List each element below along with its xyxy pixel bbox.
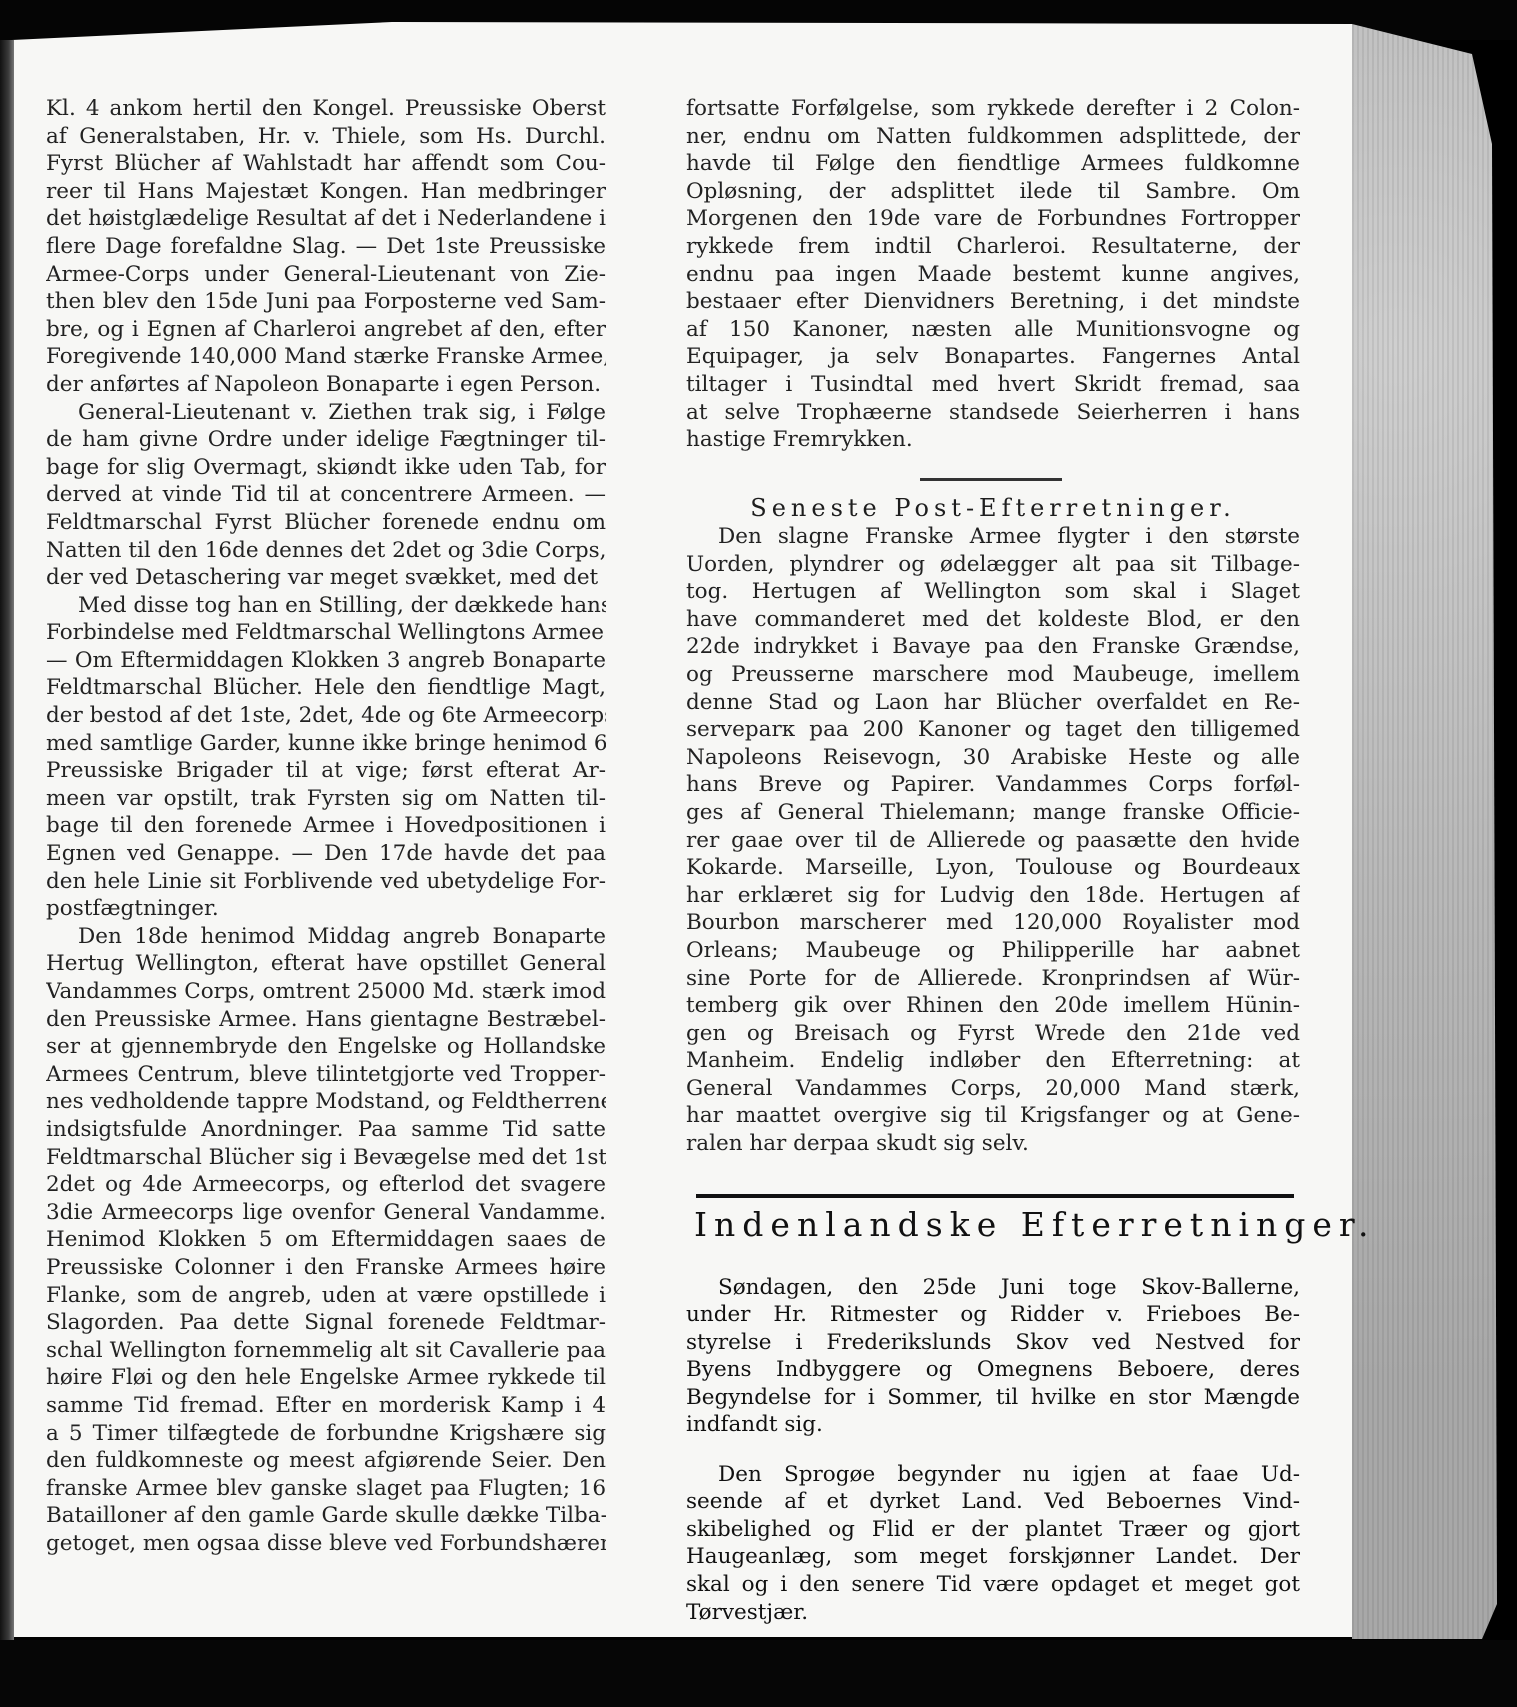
section-divider <box>920 478 1062 481</box>
heading-domestic-news: Indenlandske Efterretninger. <box>694 1205 1300 1244</box>
text-line: Armees Centrum, bleve tilintetgjorte ved… <box>46 1061 606 1089</box>
text-line: Opløsning, der adsplittet ilede til Samb… <box>686 178 1300 206</box>
text-line: 22de indrykket i Bavaye paa den Franske … <box>686 633 1300 661</box>
text-line: tog. Hertugen af Wellington som skal i S… <box>686 578 1300 606</box>
text-line: have commanderet med det koldeste Blod, … <box>686 606 1300 634</box>
text-line: Den Sprogøe begynder nu igjen at faae Ud… <box>686 1461 1300 1489</box>
text-line: Feldtmarschal Blücher sig i Bevægelse me… <box>46 1144 606 1172</box>
text-line: af Generalstaben, Hr. v. Thiele, som Hs.… <box>46 123 606 151</box>
text-line: Natten til den 16de dennes det 2det og 3… <box>46 537 606 565</box>
text-line: Haugeanlæg, som meget forskjønner Landet… <box>686 1543 1300 1571</box>
text-line: reer til Hans Majestæt Kongen. Han medbr… <box>46 178 606 206</box>
text-line: rer gaae over til de Allierede og paasæt… <box>686 827 1300 855</box>
text-line: Equipager, ja selv Bonapartes. Fangernes… <box>686 343 1300 371</box>
text-line: den hele Linie sit Forblivende ved ubety… <box>46 868 606 896</box>
latest-post-news-body: Den slagne Franske Armee flygter i den s… <box>686 523 1300 1158</box>
domestic-news-body: Søndagen, den 25de Juni toge Skov-Baller… <box>686 1252 1300 1648</box>
text-line: Kokarde. Marseille, Lyon, Toulouse og Bo… <box>686 854 1300 882</box>
text-line: Feldtmarschal Blücher. Hele den fiendtli… <box>46 674 606 702</box>
text-line: tiltager i Tusindtal med hvert Skridt fr… <box>686 371 1300 399</box>
text-line: Egnen ved Genappe. — Den 17de havde det … <box>46 840 606 868</box>
text-line: Vandammes Corps, omtrent 25000 Md. stærk… <box>46 978 606 1006</box>
text-line: de ham givne Ordre under idelige Fægtnin… <box>46 426 606 454</box>
text-line: serveparк paa 200 Kanoner og taget den t… <box>686 716 1300 744</box>
text-line: Fyrst Blücher af Wahlstadt har affendt s… <box>46 150 606 178</box>
text-line: 2det og 4de Armeecorps, og efterlod det … <box>46 1171 606 1199</box>
text-line: Hertug Wellington, efterat have opstille… <box>46 950 606 978</box>
text-line: ralen har derpaa skudt sig selv. <box>686 1130 1300 1158</box>
text-line: samme Tid fremad. Efter en morderisk Kam… <box>46 1392 606 1420</box>
text-line: ges af General Thielemann; mange franske… <box>686 799 1300 827</box>
text-line: Byens Indbyggere og Omegnens Beboere, de… <box>686 1356 1300 1384</box>
text-line: Foregivende 140,000 Mand stærke Franske … <box>46 343 606 371</box>
text-line: og Preusserne marschere mod Maubeuge, im… <box>686 661 1300 689</box>
text-line: Morgenen den 19de vare de Forbundnes For… <box>686 205 1300 233</box>
text-line: seende af et dyrket Land. Ved Beboernes … <box>686 1488 1300 1516</box>
text-line: indfandt sig. <box>686 1411 1300 1439</box>
text-line: havde til Følge den fiendtlige Armees fu… <box>686 150 1300 178</box>
text-line: Armee-Corps under General-Lieutenant von… <box>46 261 606 289</box>
text-line: Slagorden. Paa dette Signal forenede Fel… <box>46 1309 606 1337</box>
book-fore-edge <box>1352 24 1497 1639</box>
left-column: Kl. 4 ankom hertil den Kongel. Preussisk… <box>46 95 606 1557</box>
text-line: skal og i den senere Tid være opdaget et… <box>686 1571 1300 1599</box>
text-line: General-Lieutenant v. Ziethen trak sig, … <box>46 399 606 427</box>
text-line: Med disse tog han en Stilling, der dække… <box>46 592 606 620</box>
text-line: endnu paa ingen Maade bestemt kunne angi… <box>686 261 1300 289</box>
text-line: hastige Fremrykken. <box>686 426 1300 454</box>
paragraph: General-Lieutenant v. Ziethen trak sig, … <box>46 399 606 592</box>
text-line: har erklæret sig for Ludvig den 18de. He… <box>686 882 1300 910</box>
text-line: indsigtsfulde Anordninger. Paa samme Tid… <box>46 1116 606 1144</box>
text-line: Den slagne Franske Armee flygter i den s… <box>686 523 1300 551</box>
text-line: der bestod af det 1ste, 2det, 4de og 6te… <box>46 702 606 730</box>
text-line: flere Dage forefaldne Slag. — Det 1ste P… <box>46 233 606 261</box>
text-line: bestaaer efter Dienvidners Beretning, i … <box>686 288 1300 316</box>
text-line: Feldtmarschal Fyrst Blücher forenede end… <box>46 509 606 537</box>
text-line: ser at gjennembryde den Engelske og Holl… <box>46 1033 606 1061</box>
text-line: Preussiske Colonner i den Franske Armees… <box>46 1254 606 1282</box>
text-line: sine Porte for de Allierede. Kronprindse… <box>686 965 1300 993</box>
text-line: — Om Eftermiddagen Klokken 3 angreb Bona… <box>46 647 606 675</box>
text-line: Kl. 4 ankom hertil den Kongel. Preussisk… <box>46 95 606 123</box>
text-line: Søndagen, den 25de Juni toge Skov-Baller… <box>686 1274 1300 1302</box>
text-line: Flanke, som de angreb, uden at være opst… <box>46 1282 606 1310</box>
text-line: getoget, men ogsaa disse bleve ved Forbu… <box>46 1530 606 1558</box>
text-line: den fuldkomneste og meest afgiørende Sei… <box>46 1447 606 1475</box>
text-line: Begyndelse for i Sommer, til hvilke en s… <box>686 1384 1300 1412</box>
text-line: Napoleons Reisevogn, 30 Arabiske Heste o… <box>686 744 1300 772</box>
text-line: postfægtninger. <box>46 895 606 923</box>
paragraph: Kl. 4 ankom hertil den Kongel. Preussisk… <box>46 95 606 399</box>
text-line: Den 18de henimod Middag angreb Bonaparte <box>46 923 606 951</box>
text-line: temberg gik over Rhinen den 20de imellem… <box>686 992 1300 1020</box>
text-line: Bourbon marscherer med 120,000 Royaliste… <box>686 909 1300 937</box>
page-binding-edge <box>0 40 14 1640</box>
text-line: der anførtes af Napoleon Bonaparte i ege… <box>46 371 606 399</box>
text-line: meen var opstilt, trak Fyrsten sig om Na… <box>46 785 606 813</box>
text-line: har maattet overgive sig til Krigsfanger… <box>686 1102 1300 1130</box>
text-line: den Preussiske Armee. Hans gientagne Bes… <box>46 1006 606 1034</box>
text-line: Tørvestjær. <box>686 1599 1300 1627</box>
text-line: Uorden, plyndrer og ødelægger alt paa si… <box>686 551 1300 579</box>
text-line: derved at vinde Tid til at concentrere A… <box>46 481 606 509</box>
paragraph: Den 18de henimod Middag angreb Bonaparte… <box>46 923 606 1558</box>
text-line: høire Fløi og den hele Engelske Armee ry… <box>46 1364 606 1392</box>
right-column-continuation: fortsatte Forfølgelse, som rykkede deref… <box>686 95 1300 454</box>
text-line: Forbindelse med Feldtmarschal Wellington… <box>46 619 606 647</box>
text-line: denne Stad og Laon har Blücher overfalde… <box>686 689 1300 717</box>
text-line: ner, endnu om Natten fuldkommen adsplitt… <box>686 123 1300 151</box>
text-line: styrelse i Frederikslunds Skov ved Nestv… <box>686 1329 1300 1357</box>
text-line: schal Wellington fornemmelig alt sit Cav… <box>46 1337 606 1365</box>
paragraph: Den Sprogøe begynder nu igjen at faae Ud… <box>686 1461 1300 1627</box>
text-line: der ved Detaschering var meget svækket, … <box>46 564 606 592</box>
text-line: af 150 Kanoner, næsten alle Munitionsvog… <box>686 316 1300 344</box>
text-line: General Vandammes Corps, 20,000 Mand stæ… <box>686 1075 1300 1103</box>
text-line: Bataillonеr af den gamle Garde skulle dæ… <box>46 1502 606 1530</box>
text-line: under Hr. Ritmester og Ridder v. Frieboe… <box>686 1301 1300 1329</box>
text-line: bage til den forenede Armee i Hovedposit… <box>46 812 606 840</box>
text-line: rykkede frem indtil Charleroi. Resultate… <box>686 233 1300 261</box>
text-line: then blev den 15de Juni paa Forposterne … <box>46 288 606 316</box>
section-rule <box>696 1194 1294 1198</box>
text-line: Preussiske Brigader til at vige; først e… <box>46 757 606 785</box>
text-line: fortsatte Forfølgelse, som rykkede deref… <box>686 95 1300 123</box>
text-line: med samtlige Garder, kunne ikke bringe h… <box>46 730 606 758</box>
text-line: skibelighed og Flid er der plantet Træer… <box>686 1516 1300 1544</box>
text-line: a 5 Timer tilfægtede de forbundne Krigsh… <box>46 1420 606 1448</box>
paragraph: Med disse tog han en Stilling, der dække… <box>46 592 606 923</box>
scan-bottom-border <box>0 1640 1517 1707</box>
text-line: franske Armee blev ganske slaget paa Flu… <box>46 1475 606 1503</box>
text-line: Henimod Klokken 5 om Eftermiddagen saaes… <box>46 1226 606 1254</box>
text-line: nes vedholdende tappre Modstand, og Feld… <box>46 1088 606 1116</box>
text-line: bre, og i Egnen af Charleroi angrebet af… <box>46 316 606 344</box>
paragraph: Søndagen, den 25de Juni toge Skov-Baller… <box>686 1274 1300 1440</box>
text-line: gen og Breisach og Fyrst Wrede den 21de … <box>686 1020 1300 1048</box>
text-line: det høistglædelige Resultat af det i Ned… <box>46 205 606 233</box>
text-line: 3die Armeecorps lige ovenfor General Van… <box>46 1199 606 1227</box>
text-line: Orleans; Maubeuge og Philipperille har a… <box>686 937 1300 965</box>
heading-latest-post-news: Seneste Post-Efterretninger. <box>686 494 1300 522</box>
text-line: Manheim. Endelig indløber den Efterretni… <box>686 1047 1300 1075</box>
text-line: at selve Trophæerne standsede Seierherre… <box>686 399 1300 427</box>
text-line: hans Breve og Papirer. Vandammes Corps f… <box>686 771 1300 799</box>
text-line: bage for slig Overmagt, skiøndt ikke ude… <box>46 454 606 482</box>
